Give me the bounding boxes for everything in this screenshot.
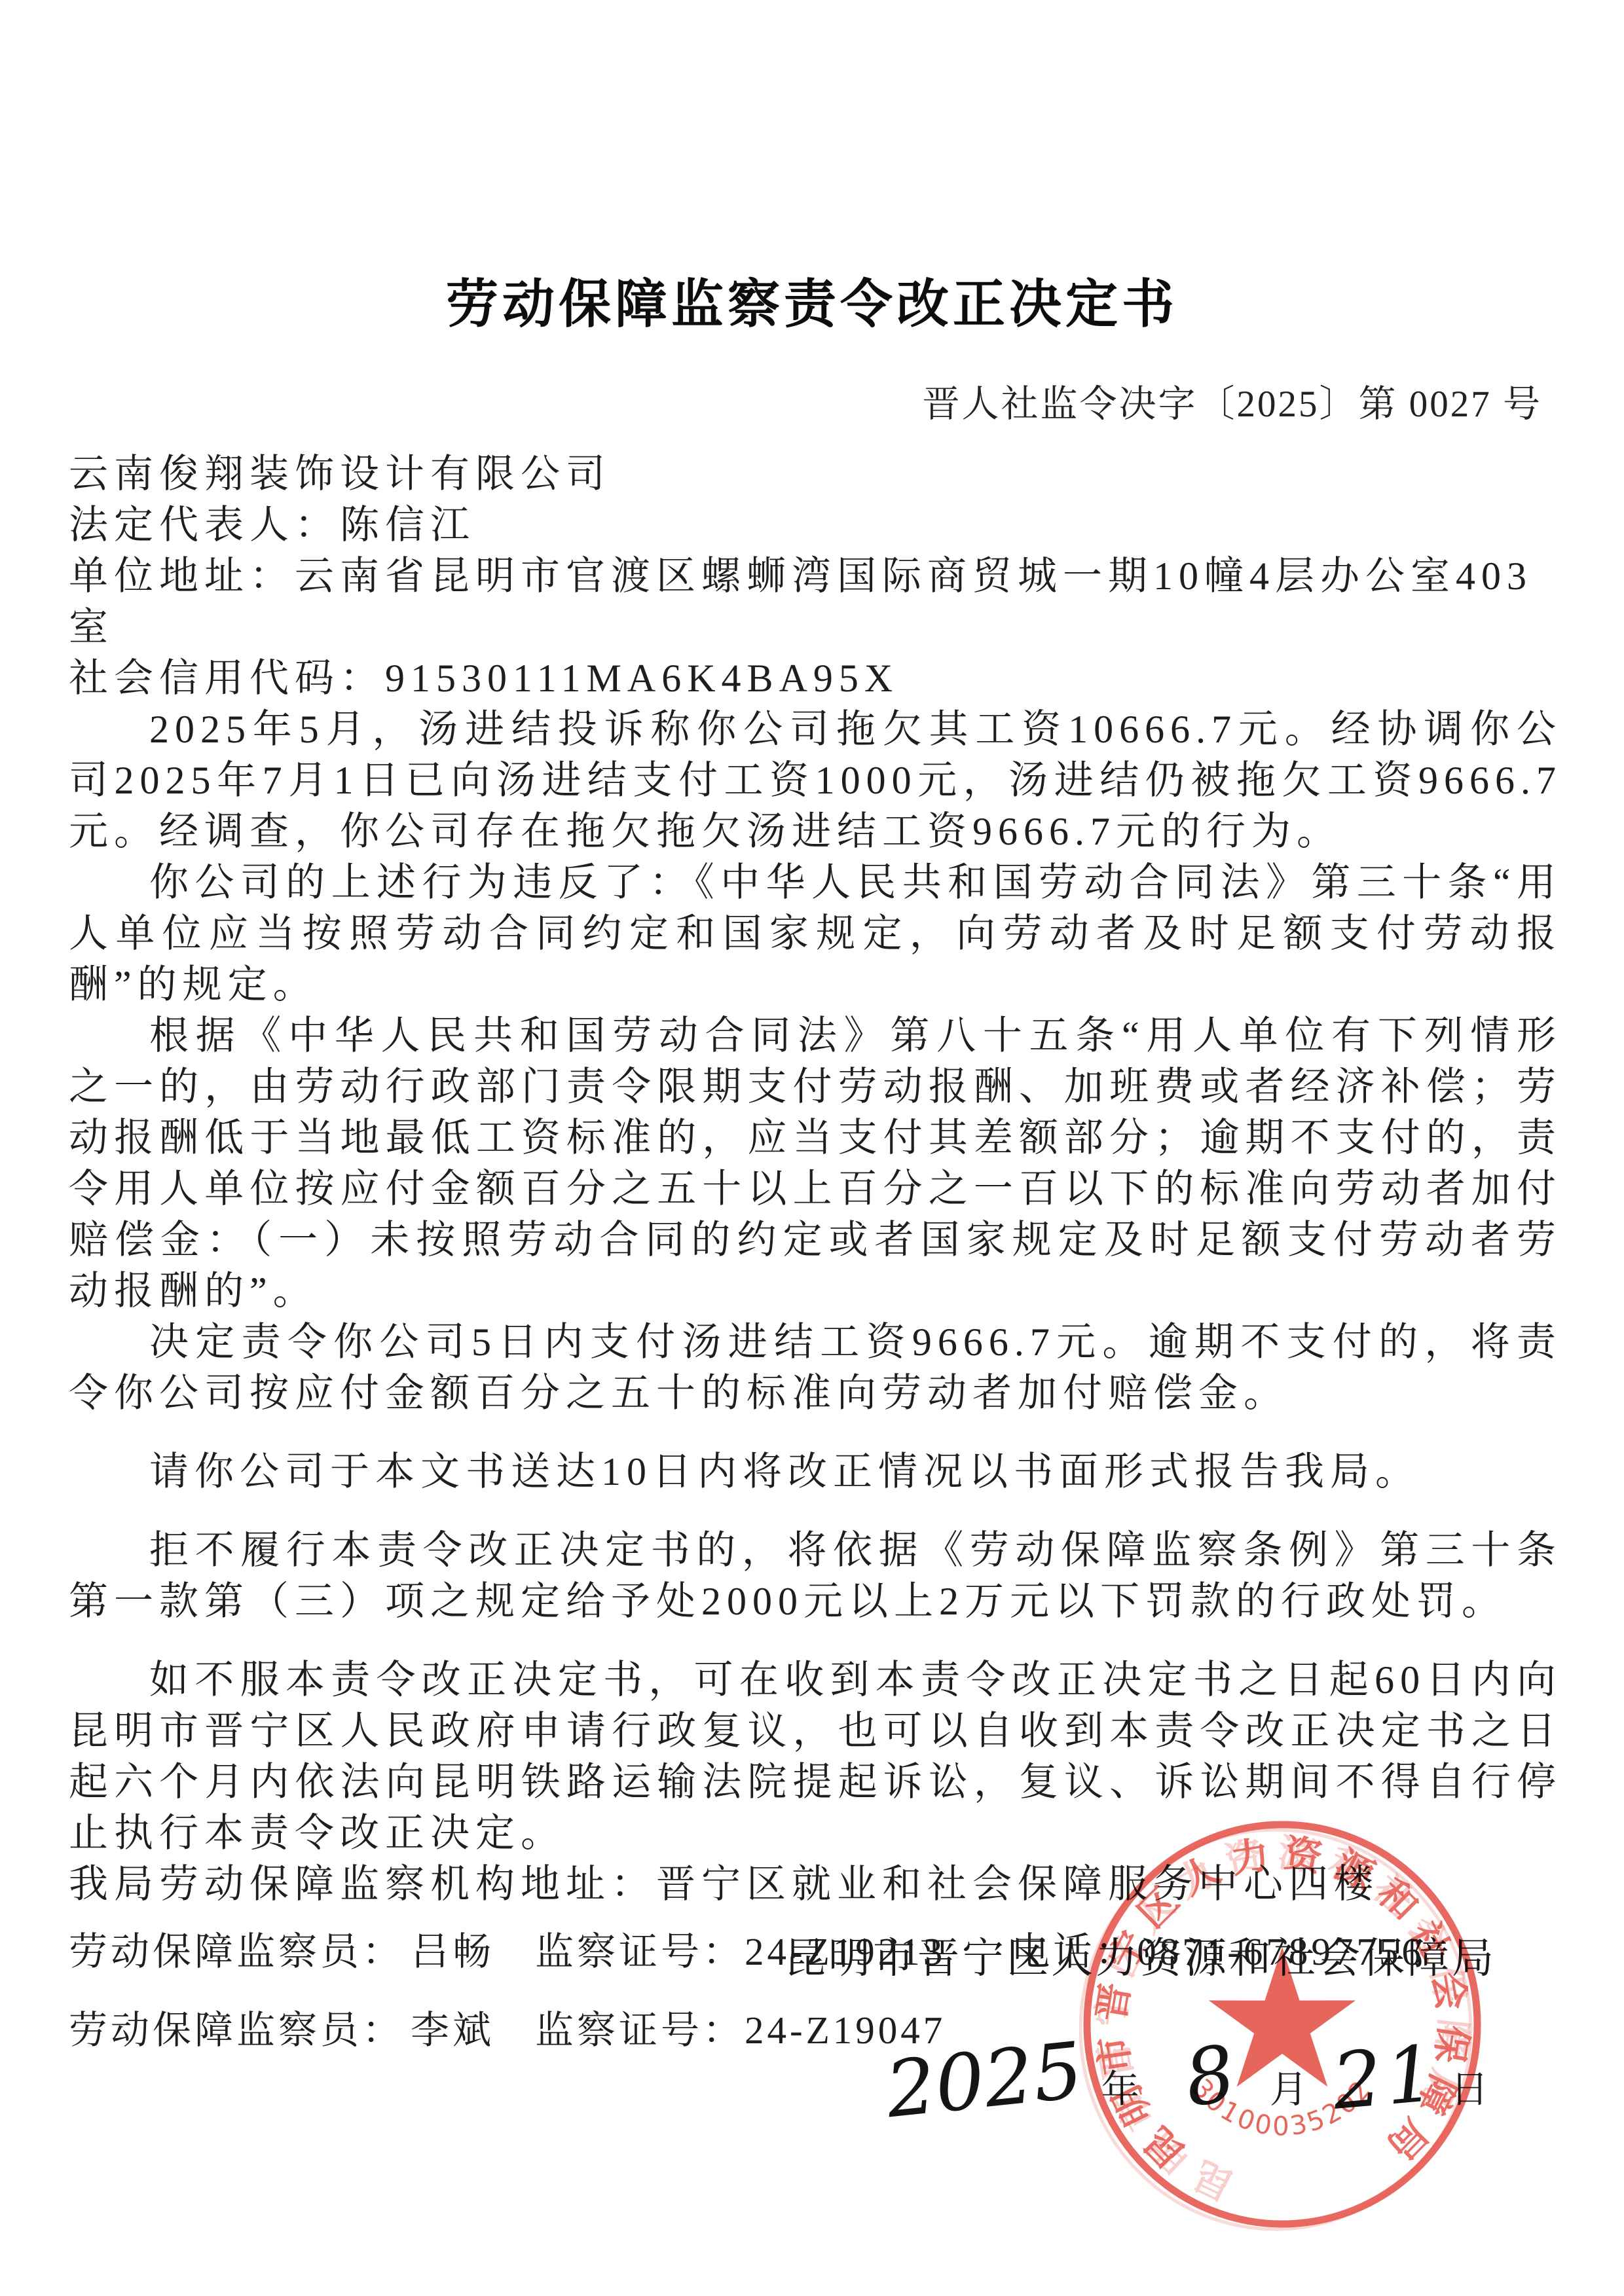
issue-date-year: 2025: [883, 2032, 1086, 2129]
cert-number-label: 监察证号：: [535, 1930, 745, 1973]
paragraph-decision: 决定责令你公司5日内支付汤进结工资9666.7元。逾期不支付的，将责令你公司按应…: [69, 1317, 1562, 1419]
paragraph-complaint-facts: 2025年5月，汤进结投诉称你公司拖欠其工资10666.7元。经协调你公司202…: [69, 704, 1562, 857]
unit-address-line: 单位地址：云南省昆明市官渡区螺蛳湾国际商贸城一期10幢4层办公室403室: [69, 551, 1562, 653]
document-number: 晋人社监令决字〔2025〕第 0027 号: [0, 374, 1624, 428]
legal-representative-line: 法定代表人：陈信江: [69, 500, 1562, 551]
seal-star-icon: [1209, 1947, 1356, 2087]
credit-code-line: 社会信用代码：91530111MA6K4BA95X: [69, 653, 1562, 704]
recipient-company-line: 云南俊翔装饰设计有限公司: [69, 448, 1562, 500]
paragraph-report-requirement: 请你公司于本文书送达10日内将改正情况以书面形式报告我局。: [69, 1446, 1562, 1497]
inspector-label: 劳动保障监察员：: [69, 1930, 404, 1973]
document-body: 云南俊翔装饰设计有限公司 法定代表人：陈信江 单位地址：云南省昆明市官渡区螺蛳湾…: [69, 448, 1562, 2055]
inspector-name: 吕畅: [411, 1930, 494, 1973]
paragraph-legal-basis: 根据《中华人民共和国劳动合同法》第八十五条“用人单位有下列情形之一的，由劳动行政…: [69, 1010, 1562, 1317]
cert-number-label: 监察证号：: [535, 2009, 745, 2052]
inspector-label: 劳动保障监察员：: [69, 2009, 404, 2052]
paragraph-violation: 你公司的上述行为违反了：《中华人民共和国劳动合同法》第三十条“用人单位应当按照劳…: [69, 857, 1562, 1010]
official-seal: 昆明市晋宁区人力资源和社会保障局 昆明市晋宁区人力资源和社会保障局 530100…: [1079, 1820, 1485, 2231]
paragraph-penalty-warning: 拒不履行本责令改正决定书的，将依据《劳动保障监察条例》第三十条第一款第（三）项之…: [69, 1525, 1562, 1627]
inspector-name: 李斌: [411, 2009, 494, 2052]
document-title: 劳动保障监察责令改正决定书: [0, 0, 1624, 337]
document-page: 劳动保障监察责令改正决定书 晋人社监令决字〔2025〕第 0027 号 云南俊翔…: [0, 0, 1624, 2296]
